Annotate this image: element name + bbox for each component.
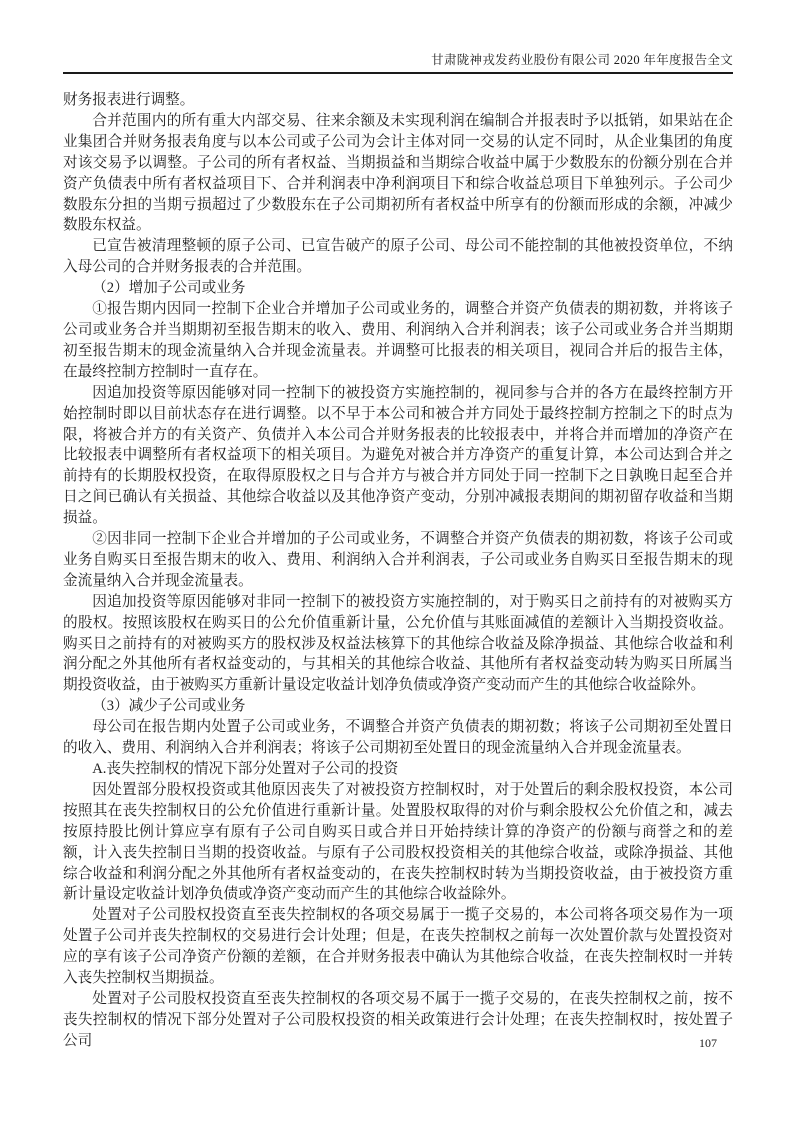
paragraph: （3）减少子公司或业务 bbox=[63, 696, 733, 717]
paragraph: 因追加投资等原因能够对非同一控制下的被投资方实施控制的，对于购买日之前持有的对被… bbox=[63, 592, 733, 697]
paragraph: 处置对子公司股权投资直至丧失控制权的各项交易属于一揽子交易的，本公司将各项交易作… bbox=[63, 905, 733, 989]
paragraph: 因追加投资等原因能够对同一控制下的被投资方实施控制的，视同参与合并的各方在最终控… bbox=[63, 383, 733, 529]
paragraph: 合并范围内的所有重大内部交易、往来余额及未实现利润在编制合并报表时予以抵销，如果… bbox=[63, 111, 733, 236]
paragraph: 处置对子公司股权投资直至丧失控制权的各项交易不属于一揽子交易的，在丧失控制权之前… bbox=[63, 989, 733, 1052]
paragraph: ①报告期内因同一控制下企业合并增加子公司或业务的，调整合并资产负债表的期初数，并… bbox=[63, 299, 733, 383]
paragraph: 已宣告被清理整顿的原子公司、已宣告破产的原子公司、母公司不能控制的其他被投资单位… bbox=[63, 236, 733, 278]
header-title: 甘肃陇神戎发药业股份有限公司 2020 年年度报告全文 bbox=[63, 52, 733, 72]
page-number: 107 bbox=[699, 1036, 717, 1050]
paragraph: A.丧失控制权的情况下部分处置对子公司的投资 bbox=[63, 759, 733, 780]
page-header: 甘肃陇神戎发药业股份有限公司 2020 年年度报告全文 bbox=[63, 0, 733, 74]
document-page: 甘肃陇神戎发药业股份有限公司 2020 年年度报告全文 财务报表进行调整。合并范… bbox=[0, 0, 793, 1122]
paragraph: 因处置部分股权投资或其他原因丧失了对被投资方控制权时，对于处置后的剩余股权投资，… bbox=[63, 780, 733, 905]
document-body: 财务报表进行调整。合并范围内的所有重大内部交易、往来余额及未实现利润在编制合并报… bbox=[63, 90, 733, 1052]
paragraph: 母公司在报告期内处置子公司或业务，不调整合并资产负债表的期初数；将该子公司期初至… bbox=[63, 717, 733, 759]
paragraph: 财务报表进行调整。 bbox=[63, 90, 733, 111]
paragraph: （2）增加子公司或业务 bbox=[63, 278, 733, 299]
page-footer: 107 bbox=[699, 1036, 717, 1051]
paragraph: ②因非同一控制下企业合并增加的子公司或业务，不调整合并资产负债表的期初数，将该子… bbox=[63, 529, 733, 592]
